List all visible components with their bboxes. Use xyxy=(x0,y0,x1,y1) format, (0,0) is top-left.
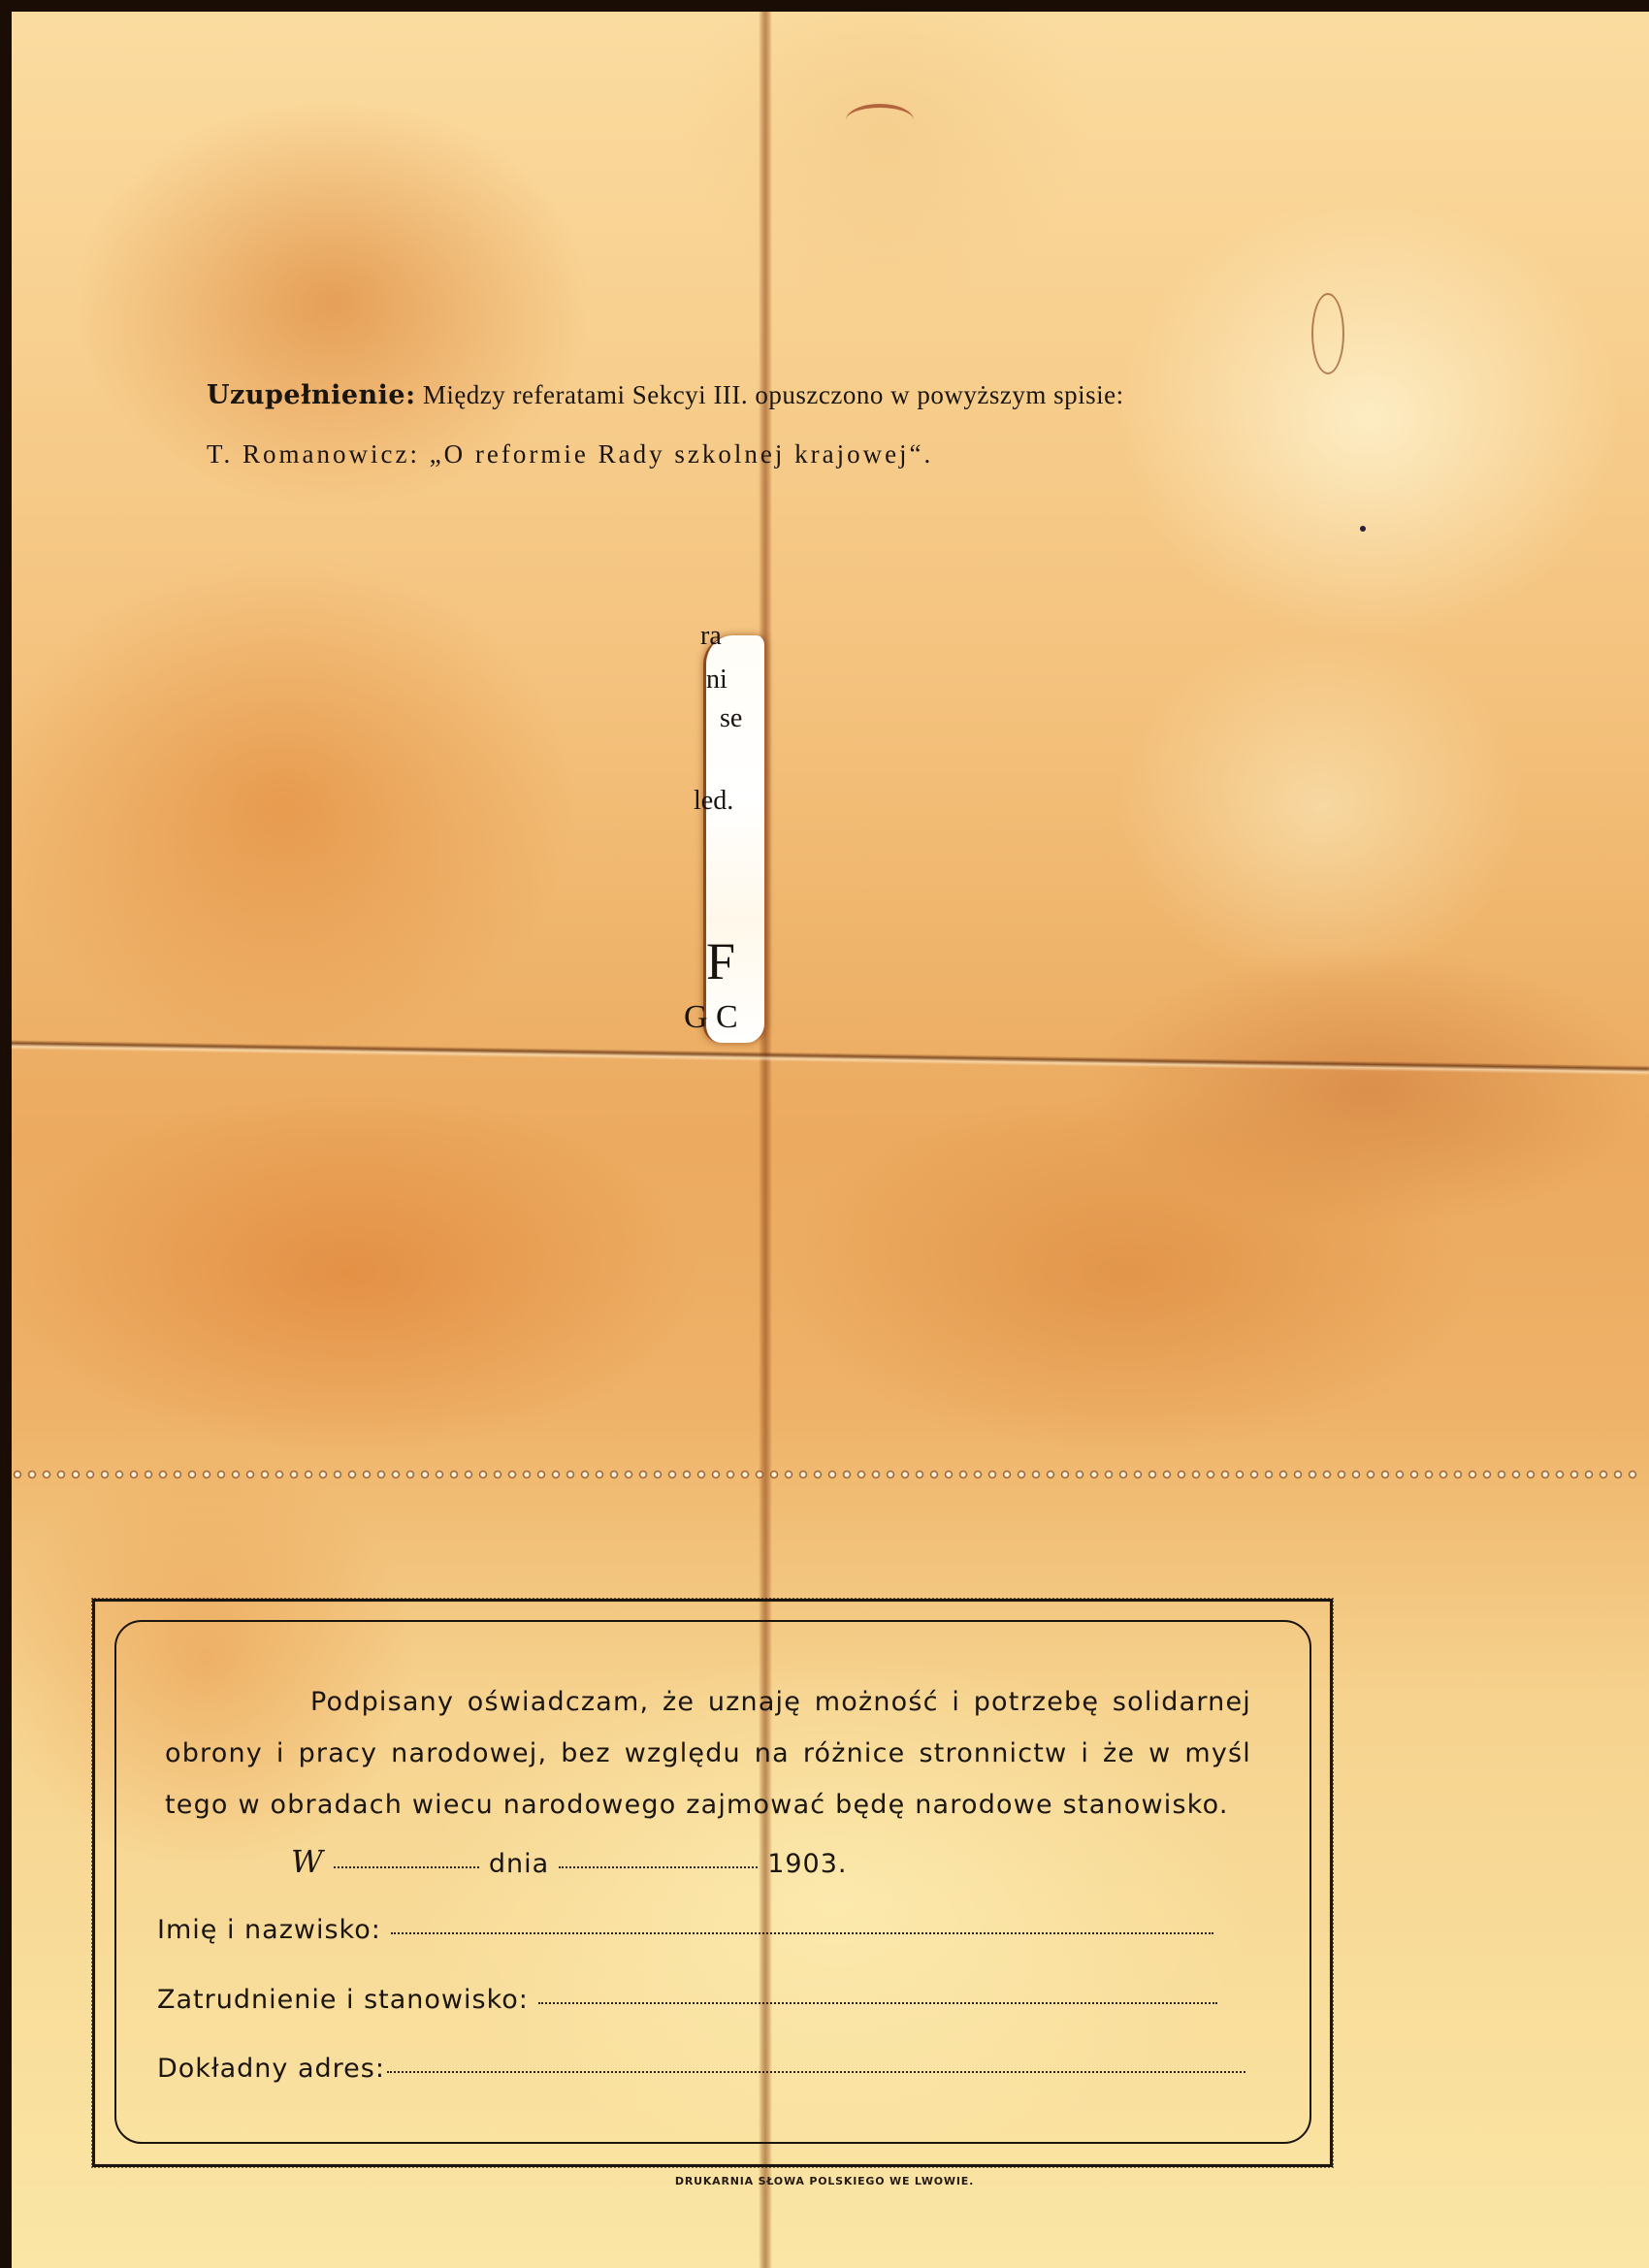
torn-text-fragment: ni xyxy=(706,664,727,696)
torn-text-fragment: G C xyxy=(684,999,738,1036)
torn-text-fragment: led. xyxy=(694,786,733,817)
torn-text-fragment: F xyxy=(706,931,735,991)
torn-text-fragment: ra xyxy=(700,621,722,652)
occupation-label: Zatrudnienie i stanowisko: xyxy=(157,1985,529,2015)
stain xyxy=(1311,293,1344,374)
name-field[interactable] xyxy=(391,1932,1213,1934)
address-field[interactable] xyxy=(387,2071,1245,2073)
supplement-line: Uzupełnienie: Między referatami Sekcyi I… xyxy=(207,380,1322,410)
place-date-row: W dnia 1903. xyxy=(291,1843,848,1880)
address-label: Dokładny adres: xyxy=(157,2054,385,2084)
date-field[interactable] xyxy=(559,1866,758,1868)
declaration-body: Podpisany oświadczam, że uznaję możność … xyxy=(165,1687,1251,1820)
address-row: Dokładny adres: xyxy=(157,2054,1255,2084)
supplement-entry: T. Romanowicz: „O reformie Rady szkolnej… xyxy=(207,439,1322,470)
year-label: 1903. xyxy=(767,1849,847,1879)
place-prefix: W xyxy=(291,1843,324,1880)
horizontal-fold xyxy=(12,1040,1649,1076)
printer-imprint: DRUKARNIA SŁOWA POLSKIEGO WE LWOWIE. xyxy=(0,2175,1649,2187)
scan-edge xyxy=(0,0,12,2268)
occupation-row: Zatrudnienie i stanowisko: xyxy=(157,1985,1227,2015)
supplement-note: Uzupełnienie: Między referatami Sekcyi I… xyxy=(207,380,1322,470)
supplement-text: Między referatami Sekcyi III. opuszczono… xyxy=(416,380,1124,409)
ink-spot xyxy=(1360,526,1366,532)
date-label: dnia xyxy=(489,1849,549,1879)
name-row: Imię i nazwisko: xyxy=(157,1915,1223,1945)
occupation-field[interactable] xyxy=(538,2002,1217,2004)
supplement-label: Uzupełnienie: xyxy=(207,380,416,410)
declaration-text: Podpisany oświadczam, że uznaję możność … xyxy=(165,1676,1251,1831)
stain xyxy=(846,104,914,137)
place-field[interactable] xyxy=(334,1866,479,1868)
name-label: Imię i nazwisko: xyxy=(157,1915,381,1945)
torn-text-fragment: se xyxy=(720,703,742,734)
perforation-line xyxy=(12,1470,1637,1479)
